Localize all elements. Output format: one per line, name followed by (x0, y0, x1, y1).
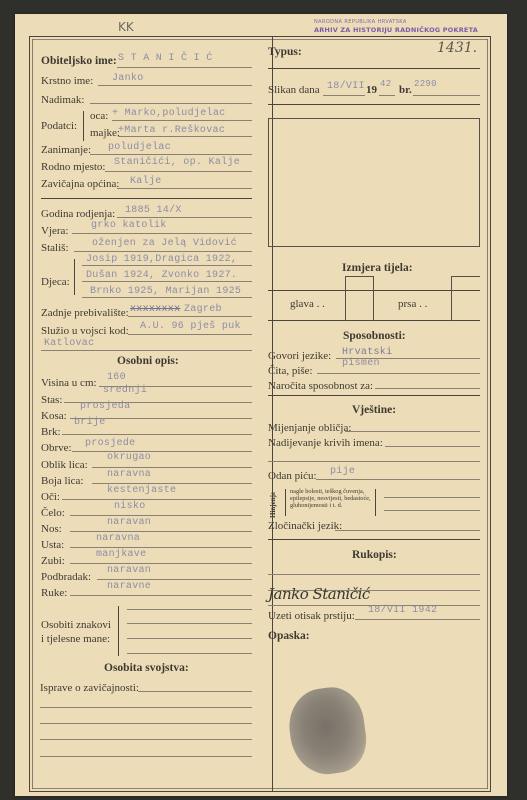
first-name-line (98, 85, 252, 86)
military-value-2: Katlovac (44, 338, 94, 349)
documents-line-3 (40, 723, 252, 724)
marks-label-1: Osobiti znakovi (41, 619, 111, 631)
status-value: oženjen za Jelą Vidović (92, 238, 237, 249)
feigning-line-1 (384, 497, 480, 498)
archive-stamp-line1: NARODNA REPUBLIKA HRVATSKA (314, 19, 407, 25)
status-line (74, 251, 252, 252)
religion-value: grko katolik (91, 220, 167, 231)
head-label: glava . . (290, 298, 325, 310)
desc-value: naravna (107, 469, 151, 480)
marks-line-4 (127, 653, 252, 654)
skills-heading: Vještine: (352, 404, 396, 416)
mother-value: +Marta r.Reškovac (118, 125, 225, 136)
military-line-2 (41, 350, 252, 351)
fingerprint-taken-label: Uzeti otisak prstiju: (268, 610, 355, 622)
nickname-label: Nadimak: (41, 94, 84, 106)
birthplace-value: Staničići, op. Kalje (114, 157, 240, 168)
photographed-date: 18/VII (327, 81, 365, 92)
description-heading: Osobni opis: (117, 355, 179, 367)
drink-label: Odan piću: (268, 470, 317, 482)
languages-value: Hrvatski (342, 347, 392, 358)
special-ability-line (375, 388, 480, 389)
father-label: oca: (90, 110, 108, 122)
year-suffix: 42 (380, 79, 391, 89)
desc-value: naravne (107, 581, 151, 592)
children-value-3: Brnko 1925, Marijan 1925 (90, 286, 241, 297)
number-value: 2290 (414, 79, 437, 89)
documents-line-2 (40, 707, 252, 708)
religion-label: Vjera: (41, 225, 68, 237)
desc-line (97, 579, 252, 580)
desc-line (70, 515, 252, 516)
desc-label: Oči: (41, 491, 60, 503)
measurements-bottom-line (268, 320, 480, 321)
marks-line-1 (127, 609, 252, 610)
pencil-mark: KK (118, 20, 134, 34)
father-value: + Marko,poludjelac (112, 108, 225, 119)
photo-top-divider (268, 104, 480, 105)
nickname-line (90, 103, 252, 104)
drink-value: pije (330, 466, 355, 477)
desc-value: okrugao (107, 452, 151, 463)
literacy-label: Čita, piše: (268, 365, 313, 377)
disguise-line (345, 431, 480, 432)
last-residence-struck: xxxxxxxx (130, 304, 180, 315)
handwriting-line-1 (268, 574, 480, 575)
children-line-2 (82, 281, 252, 282)
typus-line (268, 68, 480, 69)
marks-line-3 (127, 638, 252, 639)
measurements-top-line (268, 290, 480, 291)
archive-stamp-line2: ARHIV ZA HISTORIJU RADNIČKOG POKRETA (314, 26, 478, 34)
desc-label: Kosa: (41, 410, 67, 422)
handwriting-heading: Rukopis: (352, 549, 397, 561)
desc-label: Stas: (41, 394, 62, 406)
measurements-heading: Izmjera tijela: (342, 262, 413, 274)
military-line (128, 334, 252, 335)
number-line (413, 95, 480, 96)
typus-label: Typus: (268, 46, 302, 58)
desc-label: Obrve: (41, 442, 72, 454)
military-label: Služio u vojsci kod: (41, 325, 129, 337)
birthplace-label: Rodno mjesto: (41, 161, 105, 173)
signature: Janko Staničić (268, 585, 370, 603)
desc-value: naravan (107, 517, 151, 528)
desc-label: Usta: (41, 539, 64, 551)
feigning-text: nagle bolesti, teškog čuvenja, epilepsij… (290, 488, 372, 509)
chest-label: prsa . . (398, 298, 427, 310)
photo-box (268, 118, 480, 247)
desc-value: manjkave (96, 549, 146, 560)
birth-year-label: Godina rodjenja: (41, 208, 115, 220)
desc-label: Čelo: (41, 507, 65, 519)
documents-line-4 (40, 739, 252, 740)
languages-label: Govori jezike: (268, 350, 331, 362)
desc-value: brije (74, 417, 106, 428)
feigning-brace-right (375, 489, 376, 516)
aliases-line (385, 446, 480, 447)
municipality-value: Kalje (130, 176, 162, 187)
municipality-label: Zavičajna općina: (41, 178, 120, 190)
occupation-label: Zanimanje: (41, 144, 91, 156)
surname-label: Obiteljsko ime: (41, 55, 117, 67)
occupation-line (90, 154, 252, 155)
desc-line (62, 434, 252, 435)
last-residence-value: Zagreb (184, 304, 222, 315)
occupation-value: poludjelac (108, 142, 171, 153)
feigning-label: Hinjenje (269, 492, 277, 518)
parents-brace (83, 111, 84, 141)
last-residence-line (128, 316, 252, 317)
desc-line (70, 595, 252, 596)
desc-label: Zubi: (41, 555, 65, 567)
desc-value: prosjeda (80, 401, 130, 412)
traits-heading: Osobita svojstva: (104, 662, 189, 674)
photographed-label: Slikan dana (268, 84, 320, 96)
head-measure-box (345, 276, 374, 321)
last-residence-label: Zadnje prebivalište: (41, 307, 129, 319)
chest-measure-box (451, 276, 480, 321)
literacy-line (317, 373, 480, 374)
military-value: A.U. 96 pješ puk (140, 321, 241, 332)
aliases-label: Nadijevanje krivih imena: (268, 437, 383, 449)
photographed-date-line (323, 95, 365, 96)
criminal-language-line (335, 530, 480, 531)
desc-label: Boja lica: (41, 475, 83, 487)
abilities-heading: Sposobnosti: (343, 330, 406, 342)
municipality-line (117, 188, 252, 189)
fingerprint-taken-line (355, 619, 480, 620)
desc-line (70, 547, 252, 548)
special-ability-label: Naročita sposobnost za: (268, 380, 373, 392)
surname-line (117, 67, 252, 68)
desc-line (92, 467, 252, 468)
desc-label: Ruke: (41, 587, 67, 599)
desc-label: Visina u cm: (41, 377, 97, 389)
documents-line-1 (138, 691, 252, 692)
parents-label: Podatci: (41, 120, 77, 132)
mother-line (118, 136, 252, 137)
disguise-label: Mijenjanje obličja: (268, 422, 351, 434)
children-line-1 (82, 265, 252, 266)
desc-line (70, 531, 252, 532)
desc-line (72, 451, 252, 452)
desc-value: prosjede (85, 438, 135, 449)
birth-year-line (117, 217, 252, 218)
year-line (379, 95, 395, 96)
religion-line (72, 233, 252, 234)
first-name-value: Janko (112, 73, 144, 84)
mother-label: majke: (90, 127, 120, 139)
section-divider (41, 198, 252, 199)
feigning-line-2 (384, 510, 480, 511)
literacy-value: pismen (342, 358, 380, 369)
desc-value: naravan (107, 565, 151, 576)
criminal-language-label: Zločinački jezik: (268, 520, 342, 532)
status-label: Stališ: (41, 242, 69, 254)
surname-value: S T A N I Č I Ć (118, 53, 213, 64)
desc-label: Podbradak: (41, 571, 91, 583)
children-value-1: Josip 1919,Dragica 1922, (86, 254, 237, 265)
children-label: Djeca: (41, 276, 70, 288)
drink-line (316, 479, 480, 480)
desc-value: kestenjaste (107, 485, 176, 496)
desc-value: nisko (114, 501, 146, 512)
documents-line-5 (40, 756, 252, 757)
aliases-line-2 (268, 461, 480, 462)
marks-brace (118, 606, 119, 656)
year-prefix: 19 (366, 84, 377, 96)
desc-label: Oblik lica: (41, 459, 88, 471)
desc-value: srednji (103, 385, 147, 396)
children-line-3 (82, 297, 252, 298)
skills-divider (268, 539, 480, 540)
desc-line (92, 483, 252, 484)
fingerprint-taken-value: 18/VII 1942 (368, 605, 437, 616)
documents-label: Isprave o zavičajnosti: (40, 682, 139, 694)
first-name-label: Krstno ime: (41, 75, 93, 87)
birth-year-value: 1885 14/X (125, 205, 182, 216)
desc-line (70, 563, 252, 564)
desc-value: naravna (96, 533, 140, 544)
number-label: br. (399, 84, 412, 96)
marks-label-2: i tjelesne mane: (41, 633, 110, 645)
desc-line (62, 499, 252, 500)
remark-label: Opaska: (268, 630, 310, 642)
desc-label: Nos: (41, 523, 62, 535)
desc-value: 160 (107, 372, 126, 383)
desc-label: Brk: (41, 426, 61, 438)
abilities-divider (268, 395, 480, 396)
feigning-brace-left (285, 489, 286, 516)
marks-line-2 (127, 623, 252, 624)
children-value-2: Dušan 1924, Zvonko 1927. (86, 270, 237, 281)
children-brace (74, 259, 75, 295)
father-line (112, 120, 252, 121)
birthplace-line (105, 171, 252, 172)
